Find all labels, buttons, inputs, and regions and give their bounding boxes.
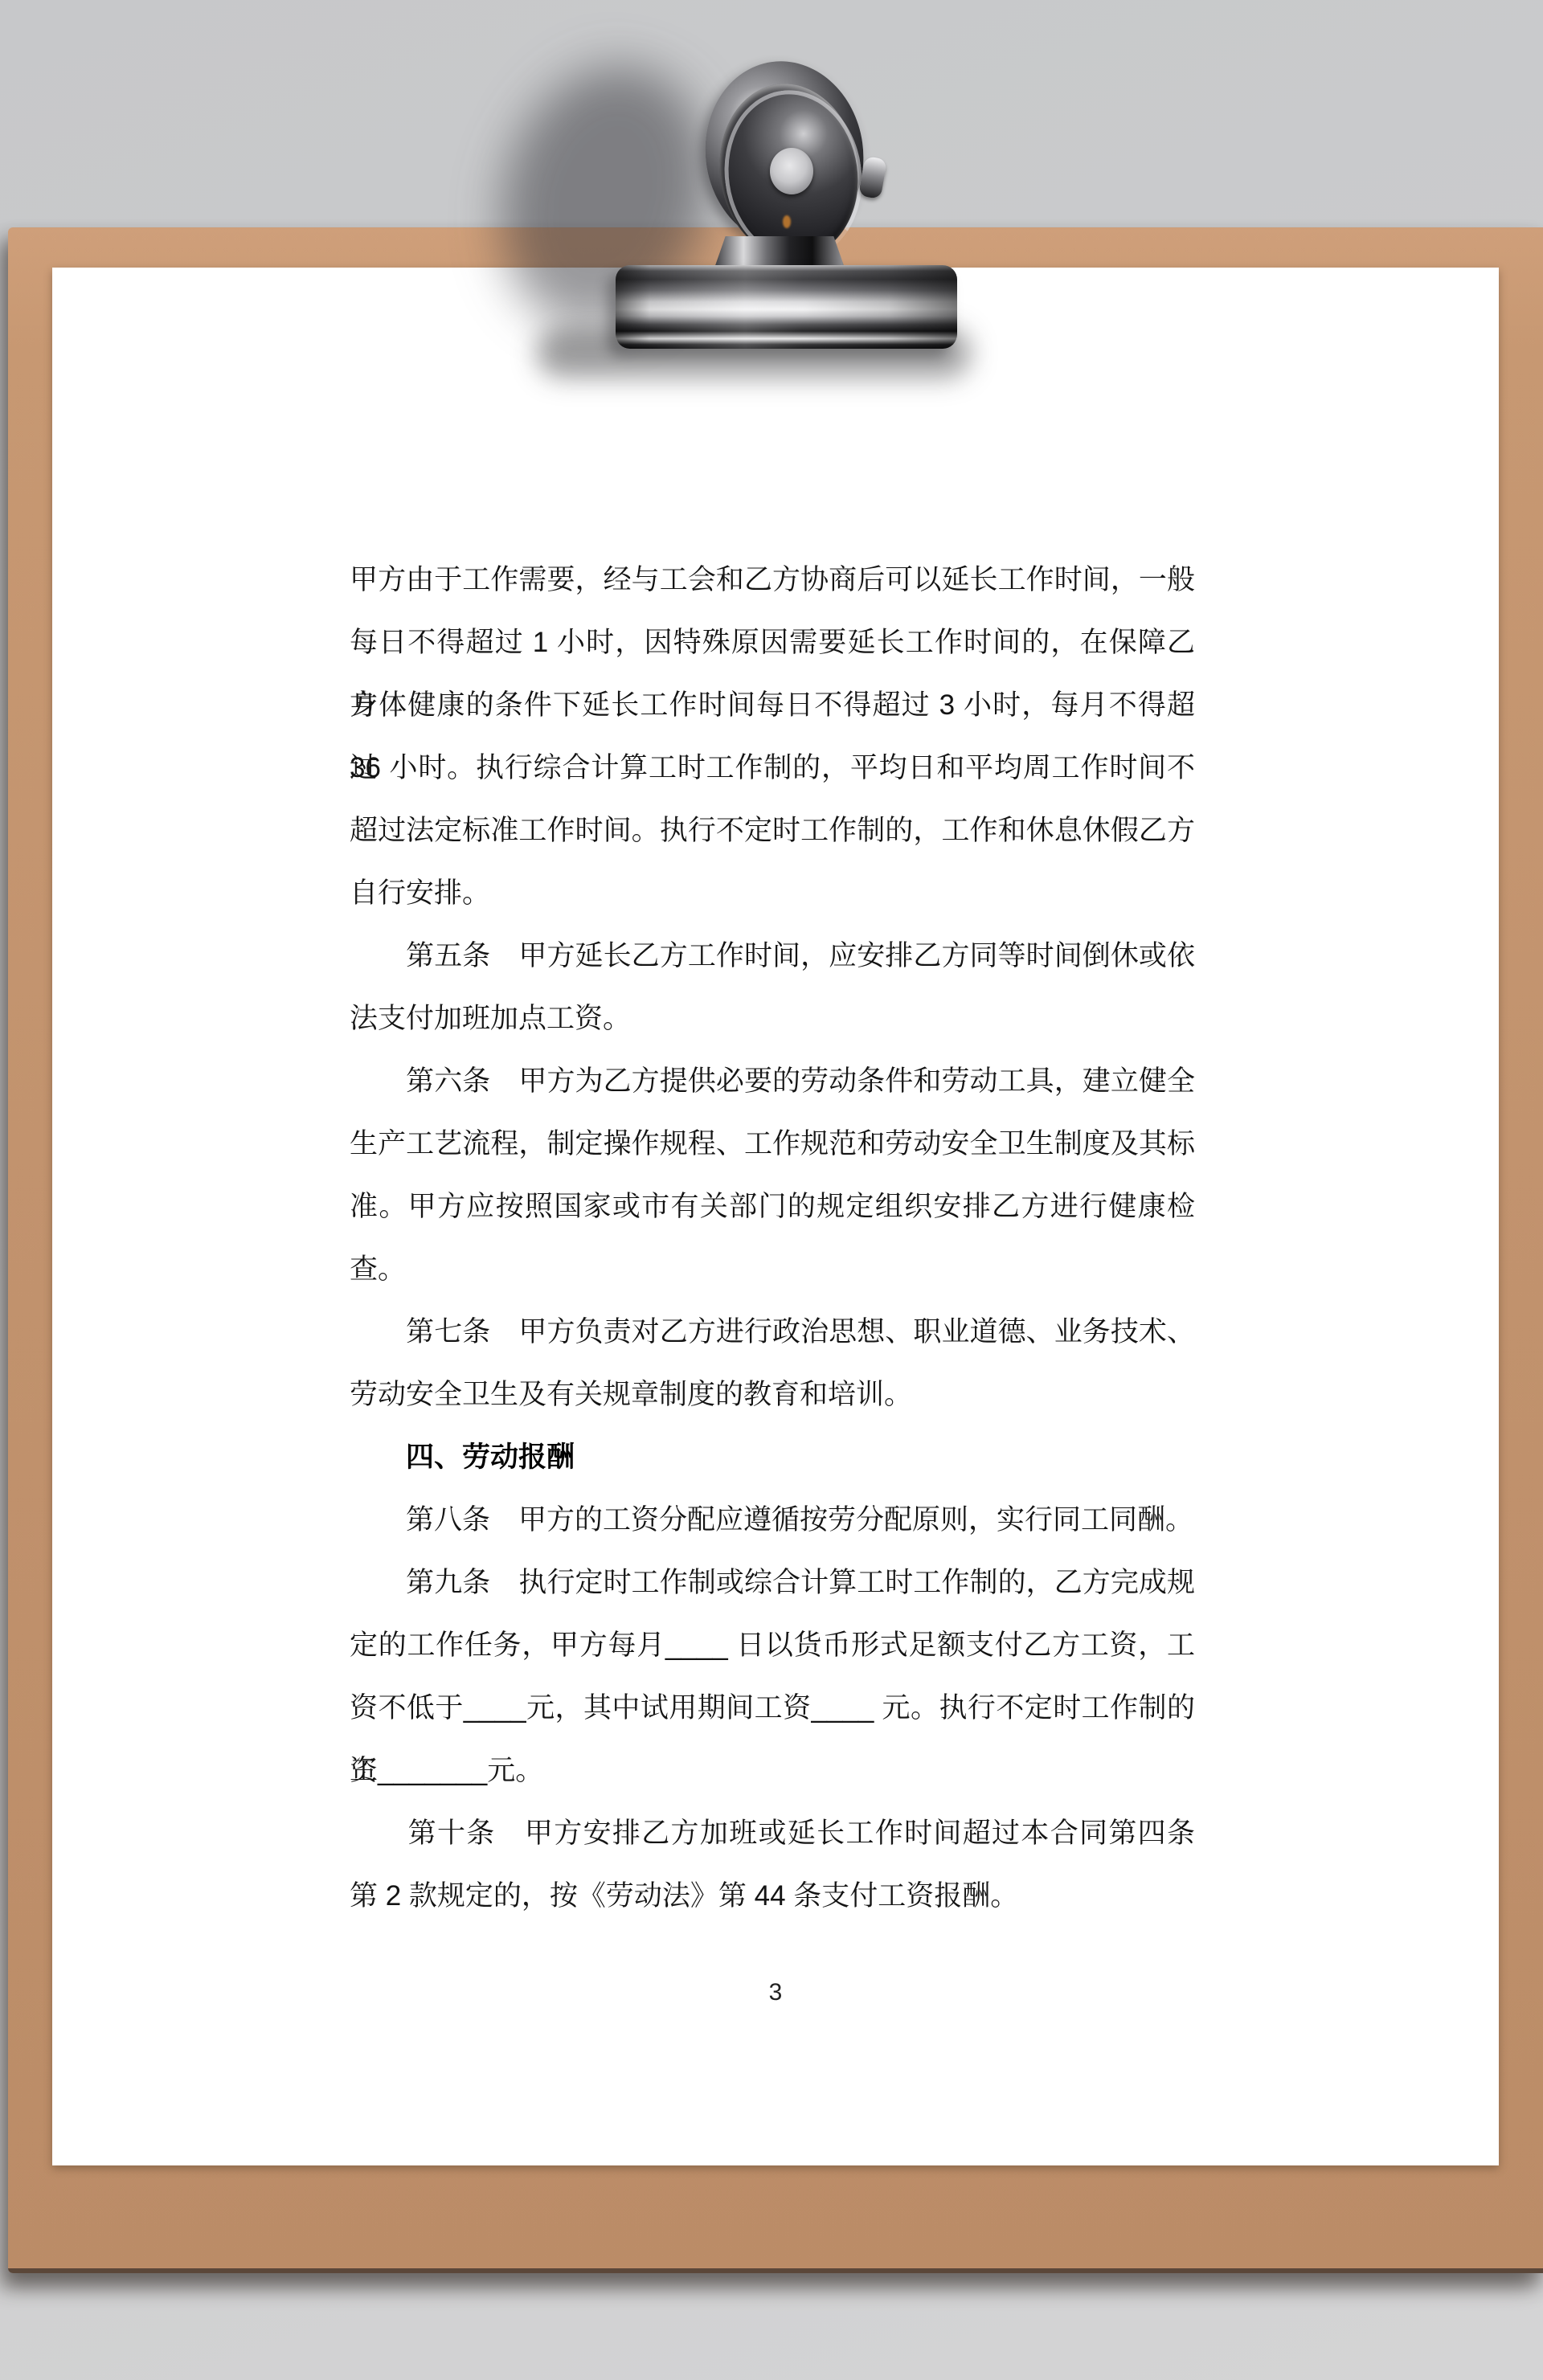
text-line: 每日不得超过 1 小时，因特殊原因需要延长工作时间的，在保障乙方 xyxy=(350,611,1195,674)
text-line: 36 小时。执行综合计算工时工作制的，平均日和平均周工作时间不 xyxy=(350,737,1195,799)
text-line: 第八条 甲方的工资分配应遵循按劳分配原则，实行同工同酬。 xyxy=(350,1489,1195,1552)
text-line: 准。甲方应按照国家或市有关部门的规定组织安排乙方进行健康检 xyxy=(350,1176,1195,1238)
page-number: 3 xyxy=(52,1979,1499,2006)
text-line: 法支付加班加点工资。 xyxy=(350,988,1195,1050)
text-line: 资_______元。 xyxy=(350,1740,1195,1802)
text-line: 身体健康的条件下延长工作时间每日不得超过 3 小时，每月不得超过 xyxy=(350,674,1195,737)
text-line: 定的工作任务，甲方每月____ 日以货币形式足额支付乙方工资，工 xyxy=(350,1614,1195,1677)
text-line: 第九条 执行定时工作制或综合计算工时工作制的，乙方完成规 xyxy=(350,1552,1195,1614)
text-line: 第 2 款规定的，按《劳动法》第 44 条支付工资报酬。 xyxy=(350,1865,1195,1928)
text-line: 第七条 甲方负责对乙方进行政治思想、职业道德、业务技术、 xyxy=(350,1301,1195,1364)
clip-coil-hole xyxy=(770,148,813,194)
text-line: 第十条 甲方安排乙方加班或延长工作时间超过本合同第四条 xyxy=(350,1802,1195,1865)
paper-sheet: 甲方由于工作需要，经与工会和乙方协商后可以延长工作时间，一般每日不得超过 1 小… xyxy=(52,268,1499,2165)
text-line: 资不低于____元，其中试用期间工资____ 元。执行不定时工作制的工 xyxy=(350,1677,1195,1740)
text-line: 劳动安全卫生及有关规章制度的教育和培训。 xyxy=(350,1364,1195,1426)
clip-reflection-glint xyxy=(783,215,791,228)
text-line: 第五条 甲方延长乙方工作时间，应安排乙方同等时间倒休或依 xyxy=(350,925,1195,988)
photo-background: 甲方由于工作需要，经与工会和乙方协商后可以延长工作时间，一般每日不得超过 1 小… xyxy=(0,0,1543,2380)
text-line: 四、劳动报酬 xyxy=(350,1426,1195,1489)
text-line: 查。 xyxy=(350,1238,1195,1301)
clip-jaw-bar-sheen xyxy=(616,265,957,349)
text-line: 甲方由于工作需要，经与工会和乙方协商后可以延长工作时间，一般 xyxy=(350,549,1195,611)
text-line: 第六条 甲方为乙方提供必要的劳动条件和劳动工具，建立健全 xyxy=(350,1050,1195,1113)
text-line: 超过法定标准工作时间。执行不定时工作制的，工作和休息休假乙方 xyxy=(350,799,1195,862)
contract-text: 甲方由于工作需要，经与工会和乙方协商后可以延长工作时间，一般每日不得超过 1 小… xyxy=(350,549,1195,1928)
text-line: 自行安排。 xyxy=(350,862,1195,925)
text-line: 生产工艺流程，制定操作规程、工作规范和劳动安全卫生制度及其标 xyxy=(350,1113,1195,1176)
